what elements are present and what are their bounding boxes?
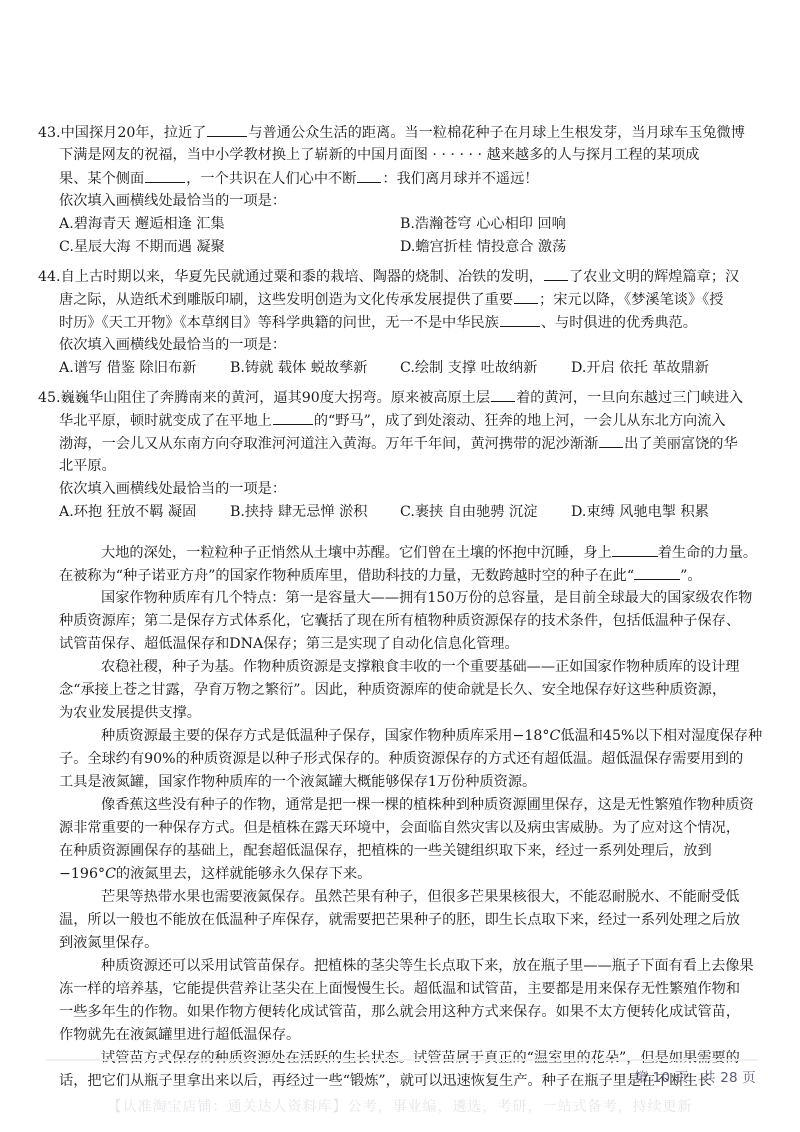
passage-line: 作物就先在液氮罐里进行超低温保存。 (38, 1024, 760, 1047)
option-c: C.裹挟 自由驰骋 沉淀 (400, 501, 537, 524)
question-text: 中国探月20年，拉近了 (61, 125, 207, 141)
fill-blank (634, 564, 680, 580)
question-44: 44.自上古时期以来，华夏先民就通过粟和黍的栽培、陶器的烧制、冶铁的发明，了农业… (38, 265, 760, 380)
fill-blank (273, 409, 313, 425)
passage-line: 念“承接上苍之甘露，孕育万物之繁衍”。因此，种质资源库的使命就是长久、安全地保存… (38, 679, 760, 702)
footer-divider (46, 1059, 758, 1061)
options-row: A.谱写 借鉴 除旧布新 B.铸就 载体 蜕故孳新 C.绘制 支撑 吐故纳新 D… (38, 357, 760, 380)
passage-line: 到液氮里保存。 (38, 932, 760, 955)
temperature-value: −196°C (59, 866, 116, 882)
passage-text: 在被称为“种子诺亚方舟”的国家作物种质库里，借助科技的力量，无数跨越时空的种子在… (59, 568, 634, 584)
option-c: C.星辰大海 不期而遇 凝聚 (59, 236, 225, 259)
question-line: 唐之际，从造纸术到雕版印刷，这些发明创造为文化传承发展提供了重要；宋元以降，《梦… (38, 288, 760, 311)
fill-blank (500, 311, 540, 327)
passage-line: 子。全球约有90%的种质资源是以种子形式保存的。种质资源保存的方式还有超低温。超… (38, 748, 760, 771)
fill-blank (599, 432, 623, 448)
question-line: 华北平原，顿时就变成了在平地上的“野马”，成了到处滚动、狂奔的地上河，一会儿从东… (38, 409, 760, 432)
passage-text: 低温和45%以下相对湿度保存种 (560, 728, 762, 744)
passage-text: 的液氮里去，这样就能够永久保存下来。 (116, 866, 371, 882)
passage-line: 一些多年生的作物。如果作物方便转化成试管苗，那么就会用这种方式来保存。如果不太方… (38, 1001, 760, 1024)
option-d: D.束缚 风驰电掣 积累 (571, 501, 709, 524)
question-line: 下满是网友的祝福，当中小学教材换上了崭新的中国月面图 · · · · · · 越… (38, 144, 760, 167)
question-line: 时历》《天工开物》《本草纲目》等科学典籍的问世，无一不是中华民族、与时俱进的优秀… (38, 311, 760, 334)
fill-blank (357, 167, 381, 183)
option-a: A.谱写 借鉴 除旧布新 (59, 357, 196, 380)
option-d: D.开启 依托 革故鼎新 (571, 357, 709, 380)
question-line: 43.中国探月20年，拉近了与普通公众生活的距离。当一粒棉花种子在月球上生根发芽… (38, 121, 760, 144)
question-text: 的“野马”，成了到处滚动、狂奔的地上河，一会儿从东北方向流入 (314, 413, 726, 429)
question-text: 巍巍华山阻住了奔腾南来的黄河，逼其90度大拐弯。原来被高原土层 (61, 390, 491, 406)
question-line: 44.自上古时期以来，华夏先民就通过粟和黍的栽培、陶器的烧制、冶铁的发明，了农业… (38, 265, 760, 288)
passage-line: 工具是液氮罐，国家作物种质库的一个液氮罐大概能够保存1万份种质资源。 (38, 771, 760, 794)
question-text: 着的黄河，一旦向东越过三门峡进入 (516, 390, 743, 406)
question-text: 出了美丽富饶的华 (624, 436, 738, 452)
passage-line: 国家作物种质库有几个特点：第一是容量大——拥有150万份的总容量，是目前全球最大… (38, 587, 760, 610)
question-prompt: 依次填入画横线处最恰当的一项是： (38, 478, 760, 501)
question-text: 华北平原，顿时就变成了在平地上 (59, 413, 272, 429)
fill-blank (491, 386, 515, 402)
question-number: 44. (38, 269, 61, 285)
temperature-number: −18° (512, 728, 549, 744)
page-number: 第 10 页，共 28 页 (634, 1066, 756, 1086)
option-b: B.浩瀚苍穹 心心相印 回响 (400, 213, 566, 236)
passage-text: 着生命的力量。 (658, 545, 757, 561)
question-line: 果、某个侧面，一个共识在人们心中不断：我们离月球并不遥远！ (38, 167, 760, 190)
question-prompt: 依次填入画横线处最恰当的一项是： (38, 190, 760, 213)
question-number: 43. (38, 125, 61, 141)
document-page: 43.中国探月20年，拉近了与普通公众生活的距离。当一粒棉花种子在月球上生根发芽… (0, 0, 800, 1132)
options-row: A.环抱 狂放不羁 凝固 B.挟持 肆无忌惮 淤积 C.裹挟 自由驰骋 沉淀 D… (38, 501, 760, 524)
question-text: 了农业文明的辉煌篇章；汉 (569, 269, 739, 285)
question-43: 43.中国探月20年，拉近了与普通公众生活的距离。当一粒棉花种子在月球上生根发芽… (38, 121, 760, 259)
passage-line: 源非常重要的一种保存方式。但是植株在露天环境中，会面临自然灾害以及病虫害威胁。为… (38, 817, 760, 840)
passage-line: 种质资源最主要的保存方式是低温种子保存，国家作物种质库采用−18°C低温和45%… (38, 725, 760, 748)
passage-line: 芒果等热带水果也需要液氮保存。虽然芒果有种子，但很多芒果果核很大，不能忍耐脱水、… (38, 886, 760, 909)
question-prompt: 依次填入画横线处最恰当的一项是： (38, 334, 760, 357)
options-row: A.碧海青天 邂逅相逢 汇集 B.浩瀚苍穹 心心相印 回响 (38, 213, 760, 236)
passage-line: 冻一样的培养基，它能提供营养让茎尖在上面慢慢生长。超低温和试管苗，主要都是用来保… (38, 978, 760, 1001)
passage-text: 种质资源最主要的保存方式是低温种子保存，国家作物种质库采用 (101, 728, 512, 744)
question-text: 时历》《天工开物》《本草纲目》等科学典籍的问世，无一不是中华民族 (59, 315, 499, 331)
reading-passage: 大地的深处，一粒粒种子正悄然从土壤中苏醒。它们曾在土壤的怀抱中沉睡，身上着生命的… (38, 541, 760, 1093)
option-b: B.铸就 载体 蜕故孳新 (230, 357, 367, 380)
question-text: 自上古时期以来，华夏先民就通过粟和黍的栽培、陶器的烧制、冶铁的发明， (61, 269, 543, 285)
question-45: 45.巍巍华山阻住了奔腾南来的黄河，逼其90度大拐弯。原来被高原土层着的黄河，一… (38, 386, 760, 524)
temperature-unit: C (105, 866, 116, 882)
question-text: 果、某个侧面 (59, 171, 144, 187)
temperature-unit: C (550, 728, 561, 744)
option-d: D.蟾宫折桂 情投意合 激荡 (400, 236, 566, 259)
prompt-text: 依次填入画横线处最恰当的一项是： (59, 193, 286, 209)
fill-blank (612, 541, 658, 557)
passage-line: 种质资源库；第二是保存方式体系化，它囊括了现在所有植物种质资源保存的技术条件，包… (38, 610, 760, 633)
temperature-number: −196° (59, 866, 105, 882)
passage-line: 大地的深处，一粒粒种子正悄然从土壤中苏醒。它们曾在土壤的怀抱中沉睡，身上着生命的… (38, 541, 760, 564)
question-text: 下满是网友的祝福，当中小学教材换上了崭新的中国月面图 · · · · · · 越… (59, 147, 699, 163)
fill-blank (145, 167, 185, 183)
passage-text: ”。 (680, 568, 701, 584)
option-a: A.碧海青天 邂逅相逢 汇集 (59, 213, 225, 236)
prompt-text: 依次填入画横线处最恰当的一项是： (59, 481, 286, 497)
passage-line: −196°C的液氮里去，这样就能够永久保存下来。 (38, 863, 760, 886)
question-text: ，一个共识在人们心中不断 (186, 171, 356, 187)
passage-line: 农稳社稷，种子为基。作物种质资源是支撑粮食丰收的一个重要基础——正如国家作物种质… (38, 656, 760, 679)
passage-line: 种质资源还可以采用试管苗保存。把植株的茎尖等生长点取下来，放在瓶子里——瓶子下面… (38, 955, 760, 978)
passage-line: 在种质资源圃保存的基础上，配套超低温保存，把植株的一些关键组织取下来，经过一系列… (38, 840, 760, 863)
question-line: 45.巍巍华山阻住了奔腾南来的黄河，逼其90度大拐弯。原来被高原土层着的黄河，一… (38, 386, 760, 409)
question-text: 与普通公众生活的距离。当一粒棉花种子在月球上生根发芽，当月球车玉兔微博 (248, 125, 745, 141)
question-line: 渤海，一会儿又从东南方向夺取淮河河道注入黄海。万年千年间，黄河携带的泥沙渐渐出了… (38, 432, 760, 455)
question-text: 北平原。 (59, 458, 116, 474)
fill-blank (514, 288, 538, 304)
fill-blank (207, 121, 247, 137)
question-text: ：我们离月球并不遥远！ (382, 171, 538, 187)
passage-line: 为农业发展提供支撑。 (38, 702, 760, 725)
fill-blank (544, 265, 568, 281)
question-text: 唐之际，从造纸术到雕版印刷，这些发明创造为文化传承发展提供了重要 (59, 292, 513, 308)
option-b: B.挟持 肆无忌惮 淤积 (230, 501, 367, 524)
prompt-text: 依次填入画横线处最恰当的一项是： (59, 337, 286, 353)
question-number: 45. (38, 390, 61, 406)
option-a: A.环抱 狂放不羁 凝固 (59, 501, 196, 524)
temperature-value: −18°C (512, 728, 560, 744)
watermark: 【认准淘宝店铺：通关达人资料库】公考，事业编，遴选，考研，一站式备考，持续更新 (0, 1096, 800, 1116)
page-content: 43.中国探月20年，拉近了与普通公众生活的距离。当一粒棉花种子在月球上生根发芽… (38, 121, 760, 1093)
question-line: 北平原。 (38, 455, 760, 478)
options-row: C.星辰大海 不期而遇 凝聚 D.蟾宫折桂 情投意合 激荡 (38, 236, 760, 259)
question-text: ；宋元以降，《梦溪笔谈》《授 (539, 292, 723, 308)
passage-line: 试管苗保存、超低温保存和DNA保存；第三是实现了自动化信息化管理。 (38, 633, 760, 656)
option-c: C.绘制 支撑 吐故纳新 (400, 357, 537, 380)
question-text: 、与时俱进的优秀典范。 (541, 315, 697, 331)
passage-line: 在被称为“种子诺亚方舟”的国家作物种质库里，借助科技的力量，无数跨越时空的种子在… (38, 564, 760, 587)
passage-line: 温，所以一般也不能放在低温种子库保存，就需要把芒果种子的胚，即生长点取下来，经过… (38, 909, 760, 932)
passage-line: 像香蕉这些没有种子的作物，通常是把一棵一棵的植株种到种质资源圃里保存，这是无性繁… (38, 794, 760, 817)
question-text: 渤海，一会儿又从东南方向夺取淮河河道注入黄海。万年千年间，黄河携带的泥沙渐渐 (59, 436, 598, 452)
passage-text: 大地的深处，一粒粒种子正悄然从土壤中苏醒。它们曾在土壤的怀抱中沉睡，身上 (101, 545, 612, 561)
